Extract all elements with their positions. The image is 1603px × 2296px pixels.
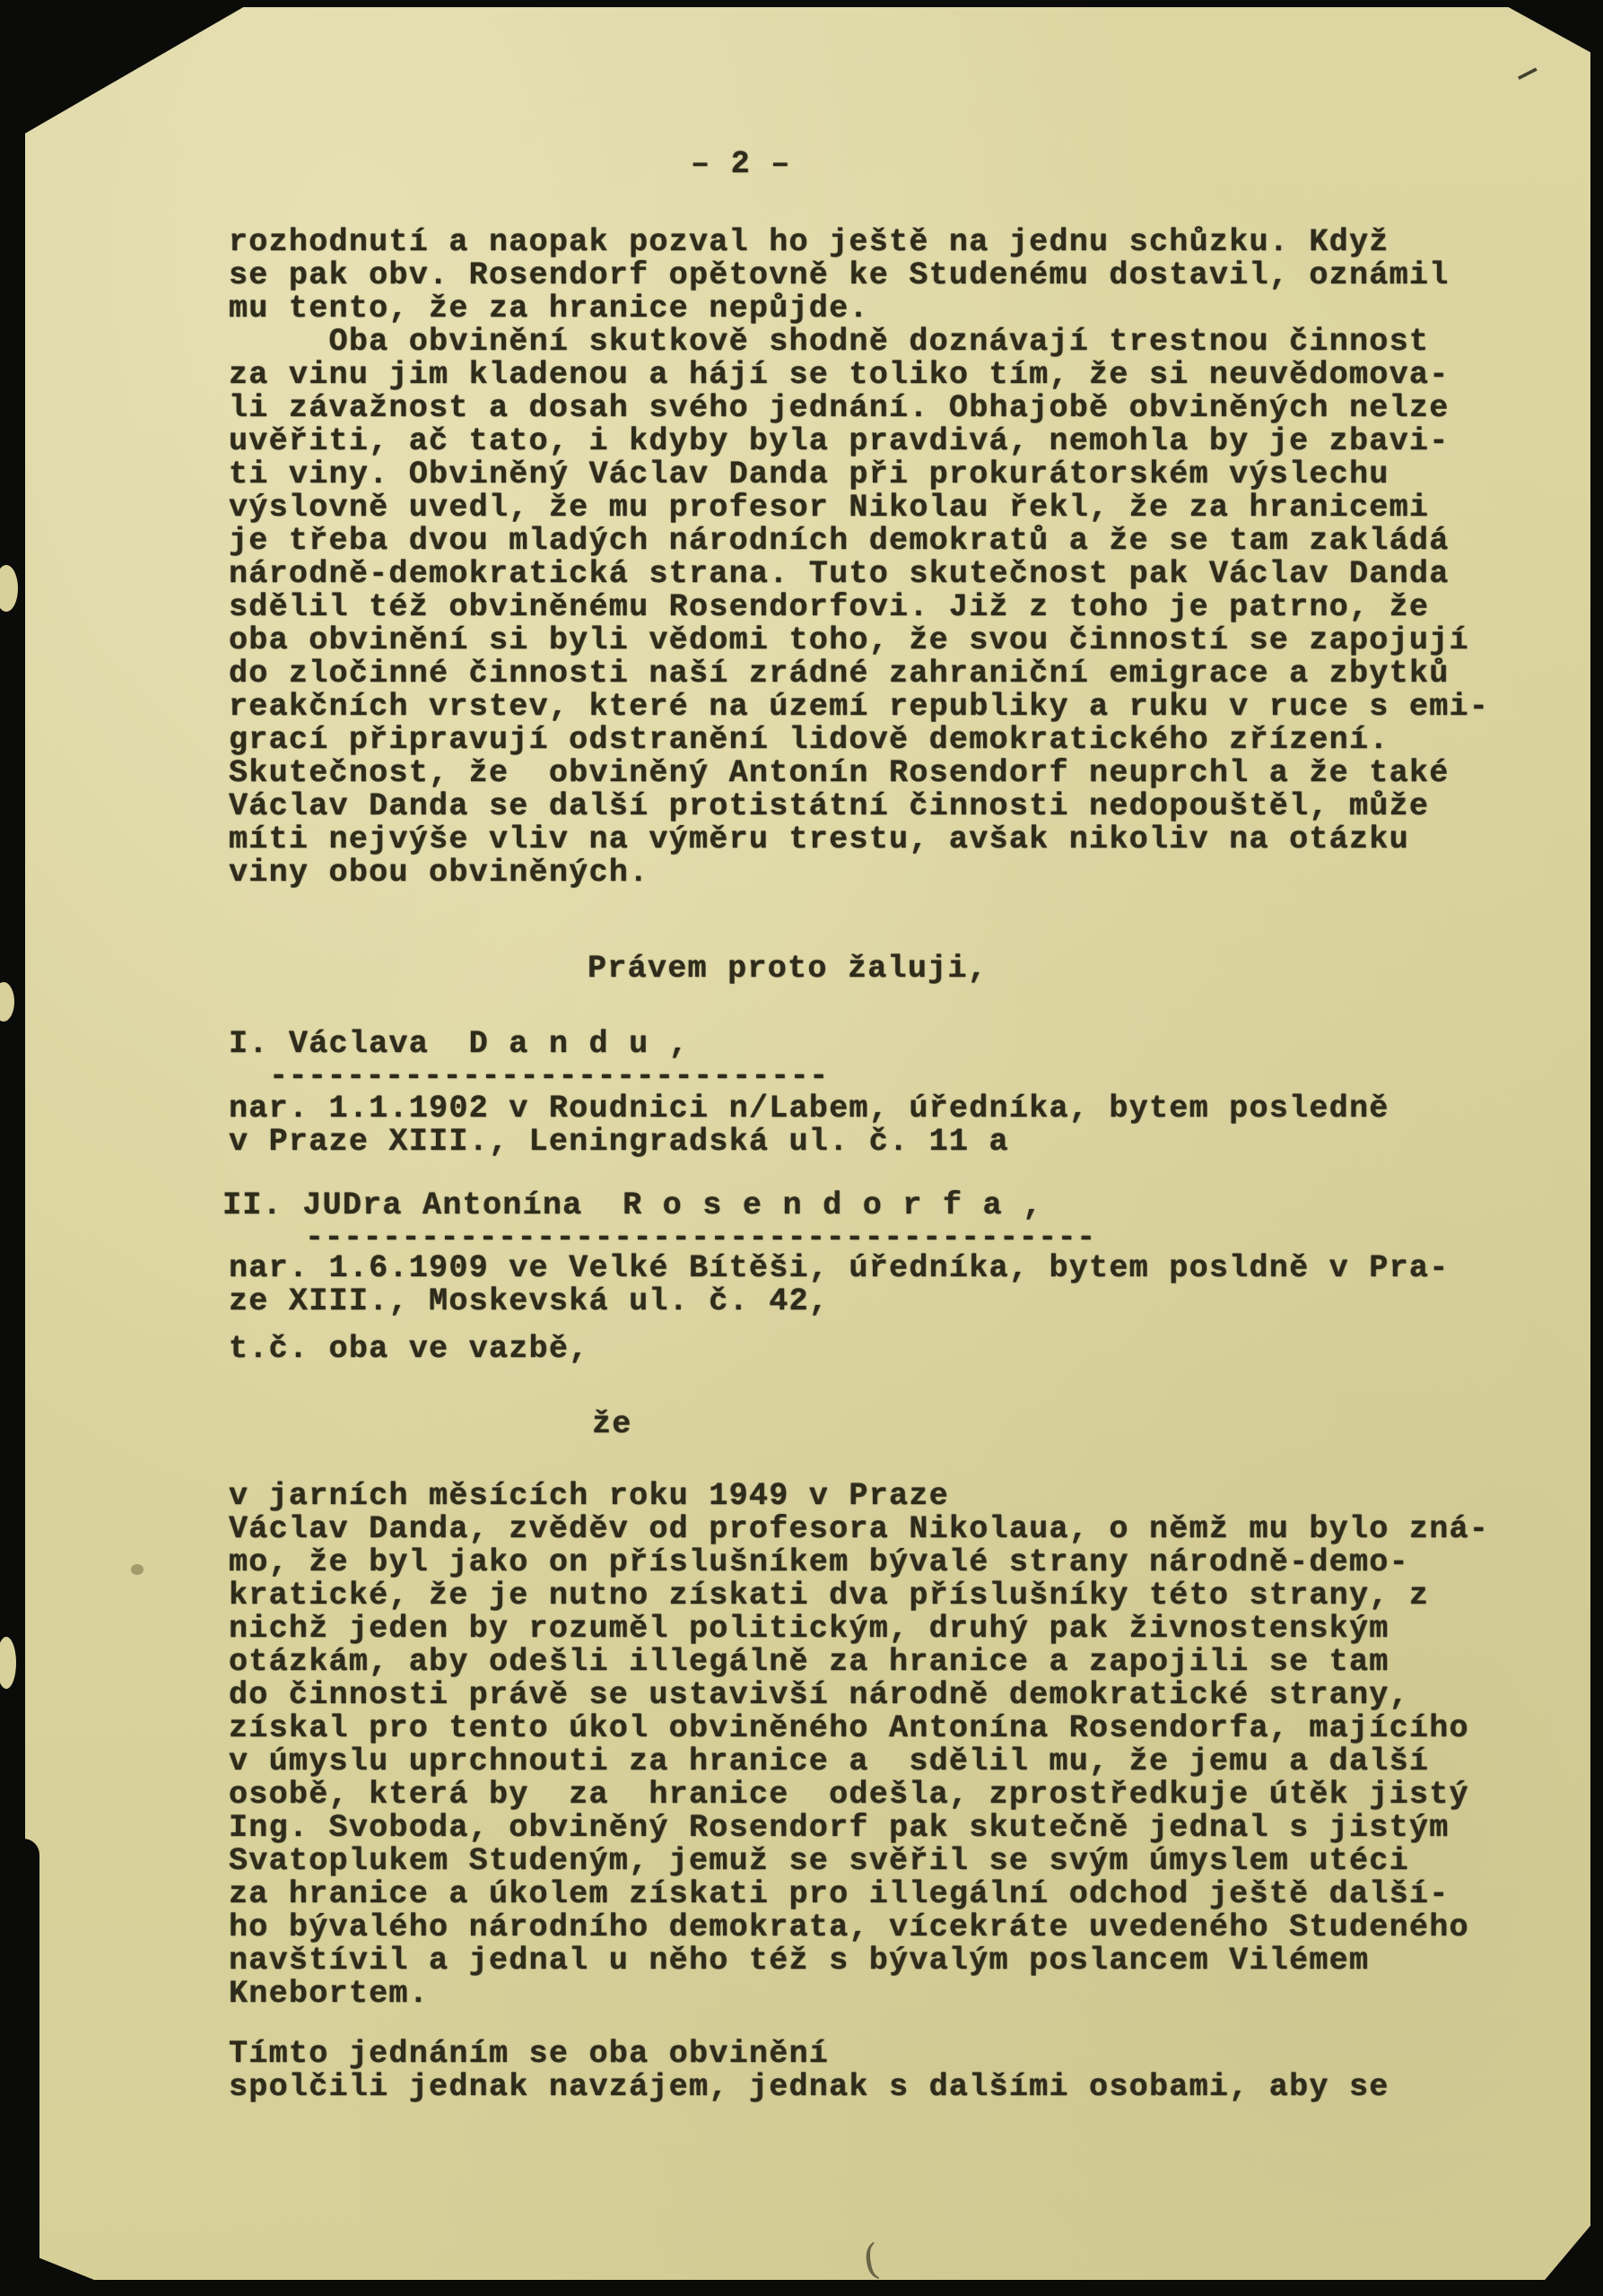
scan-corner-top-left [0, 0, 256, 148]
declaration-line: Právem proto žaluji, [588, 952, 988, 986]
scan-corner-bottom-right [1531, 2211, 1603, 2296]
paragraph-main: rozhodnutí a naopak pozval ho ještě na j… [229, 226, 1503, 890]
pen-mark-bottom-center: ( [859, 2234, 882, 2284]
paragraph-closing: Tímto jednáním se oba obvinění spolčili … [229, 2038, 1503, 2104]
paper-tear-notch [0, 565, 18, 612]
paper-tear-notch [0, 1637, 16, 1689]
ink-spot [131, 1564, 144, 1575]
defendant-2-heading: II. JUDra Antonína R o s e n d o r f a , [222, 1189, 1042, 1222]
custody-note: t.č. oba ve vazbě, [229, 1333, 588, 1366]
scan-edge-bottom [0, 2280, 1603, 2296]
scanned-document-page: – 2 – rozhodnutí a naopak pozval ho ješt… [0, 0, 1603, 2296]
defendant-1-underline: ----------------------------- [269, 1060, 829, 1093]
defendant-1-heading: I. Václava D a n d u , [229, 1028, 689, 1061]
scan-corner-top-right [1495, 0, 1603, 59]
scan-corner-bottom-left [0, 2242, 135, 2296]
defendant-2-details: nar. 1.6.1909 ve Velké Bítěši, úředníka,… [229, 1252, 1503, 1318]
scan-edge-left-lower [0, 1839, 39, 2296]
scan-edge-right [1590, 0, 1603, 2296]
that-word: že [592, 1408, 632, 1441]
defendant-1-details: nar. 1.1.1902 v Roudnici n/Labem, úřední… [229, 1092, 1503, 1159]
paragraph-facts: v jarních měsících roku 1949 v Praze Vác… [229, 1480, 1503, 2011]
paper-tear-notch [0, 982, 14, 1022]
page-number: – 2 – [691, 148, 791, 181]
